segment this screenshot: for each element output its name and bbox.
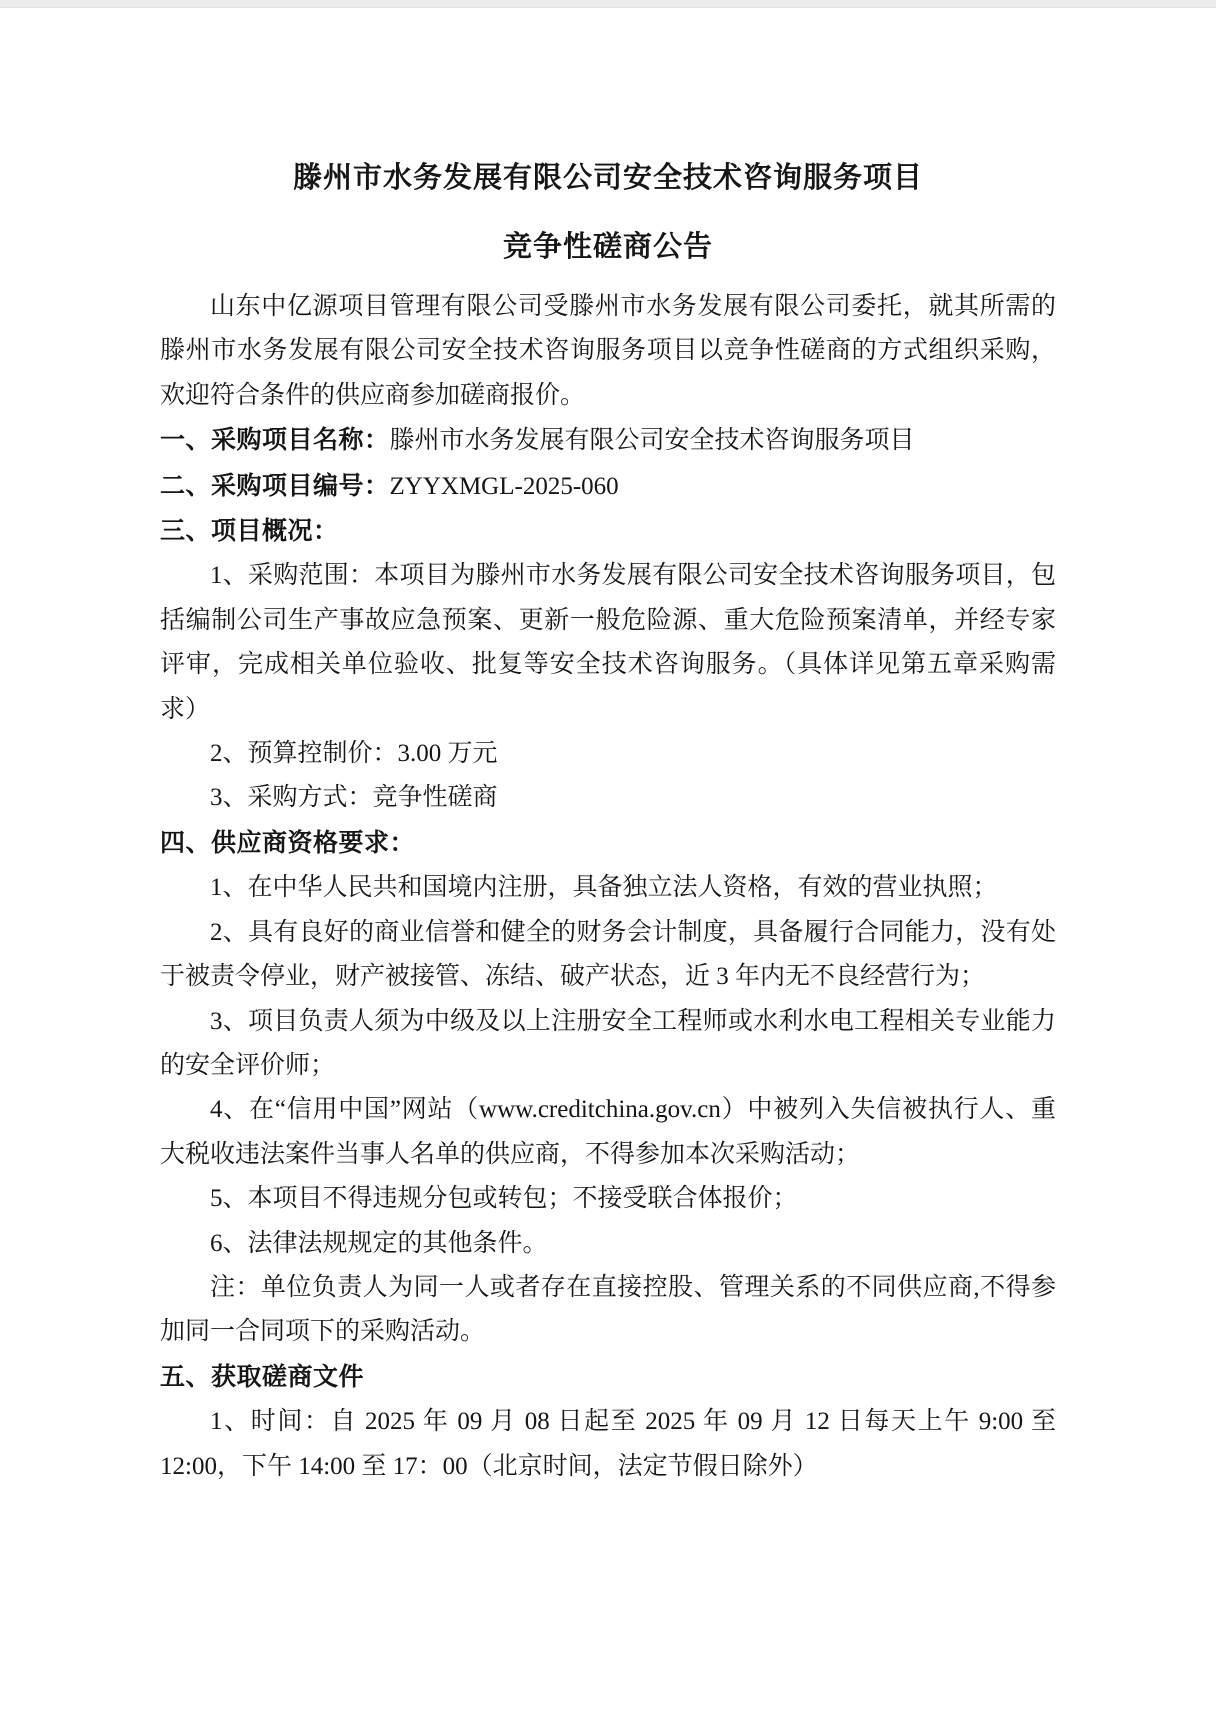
paragraph-qualification-2: 2、具有良好的商业信誉和健全的财务会计制度，具备履行合同能力，没有处于被责令停业…: [160, 911, 1056, 1000]
section-project-number: 二、采购项目编号：ZYYXMGL-2025-060: [160, 464, 1056, 509]
paragraph-qualification-6: 6、法律法规规定的其他条件。: [160, 1222, 1056, 1266]
intro-paragraph: 山东中亿源项目管理有限公司受滕州市水务发展有限公司委托，就其所需的滕州市水务发展…: [160, 285, 1056, 418]
page-top-strip: [0, 0, 1216, 8]
document-subtitle: 竞争性磋商公告: [160, 231, 1056, 264]
section-project-name-value: 滕州市水务发展有限公司安全技术咨询服务项目: [390, 427, 915, 454]
section-project-name-label: 一、采购项目名称：: [160, 426, 390, 454]
section-project-number-value: ZYYXMGL-2025-060: [390, 473, 619, 500]
paragraph-qualification-3: 3、项目负责人须为中级及以上注册安全工程师或水利水电工程相关专业能力的安全评价师…: [160, 1000, 1056, 1089]
section-project-number-label: 二、采购项目编号：: [160, 472, 390, 500]
section-supplier-qualifications-label: 四、供应商资格要求：: [160, 829, 415, 857]
section-obtain-documents-label: 五、获取磋商文件: [160, 1363, 364, 1391]
section-project-overview: 三、项目概况：: [160, 509, 1056, 554]
paragraph-qualification-1: 1、在中华人民共和国境内注册，具备独立法人资格，有效的营业执照；: [160, 866, 1056, 910]
paragraph-budget-price: 2、预算控制价：3.00 万元: [160, 732, 1056, 776]
section-obtain-documents: 五、获取磋商文件: [160, 1355, 1056, 1400]
document-title: 滕州市水务发展有限公司安全技术咨询服务项目: [160, 162, 1056, 195]
section-project-name: 一、采购项目名称：滕州市水务发展有限公司安全技术咨询服务项目: [160, 418, 1056, 463]
paragraph-procurement-method: 3、采购方式：竞争性磋商: [160, 776, 1056, 820]
section-supplier-qualifications: 四、供应商资格要求：: [160, 821, 1056, 866]
paragraph-document-time: 1、时间：自 2025 年 09 月 08 日起至 2025 年 09 月 12…: [160, 1400, 1056, 1489]
document-page: 滕州市水务发展有限公司安全技术咨询服务项目 竞争性磋商公告 山东中亿源项目管理有…: [160, 8, 1056, 1489]
paragraph-qualification-5: 5、本项目不得违规分包或转包；不接受联合体报价；: [160, 1177, 1056, 1221]
paragraph-note: 注：单位负责人为同一人或者存在直接控股、管理关系的不同供应商,不得参加同一合同项…: [160, 1266, 1056, 1355]
section-project-overview-label: 三、项目概况：: [160, 517, 339, 545]
paragraph-procurement-scope: 1、采购范围：本项目为滕州市水务发展有限公司安全技术咨询服务项目，包括编制公司生…: [160, 554, 1056, 732]
paragraph-qualification-4: 4、在“信用中国”网站（www.creditchina.gov.cn）中被列入失…: [160, 1088, 1056, 1177]
